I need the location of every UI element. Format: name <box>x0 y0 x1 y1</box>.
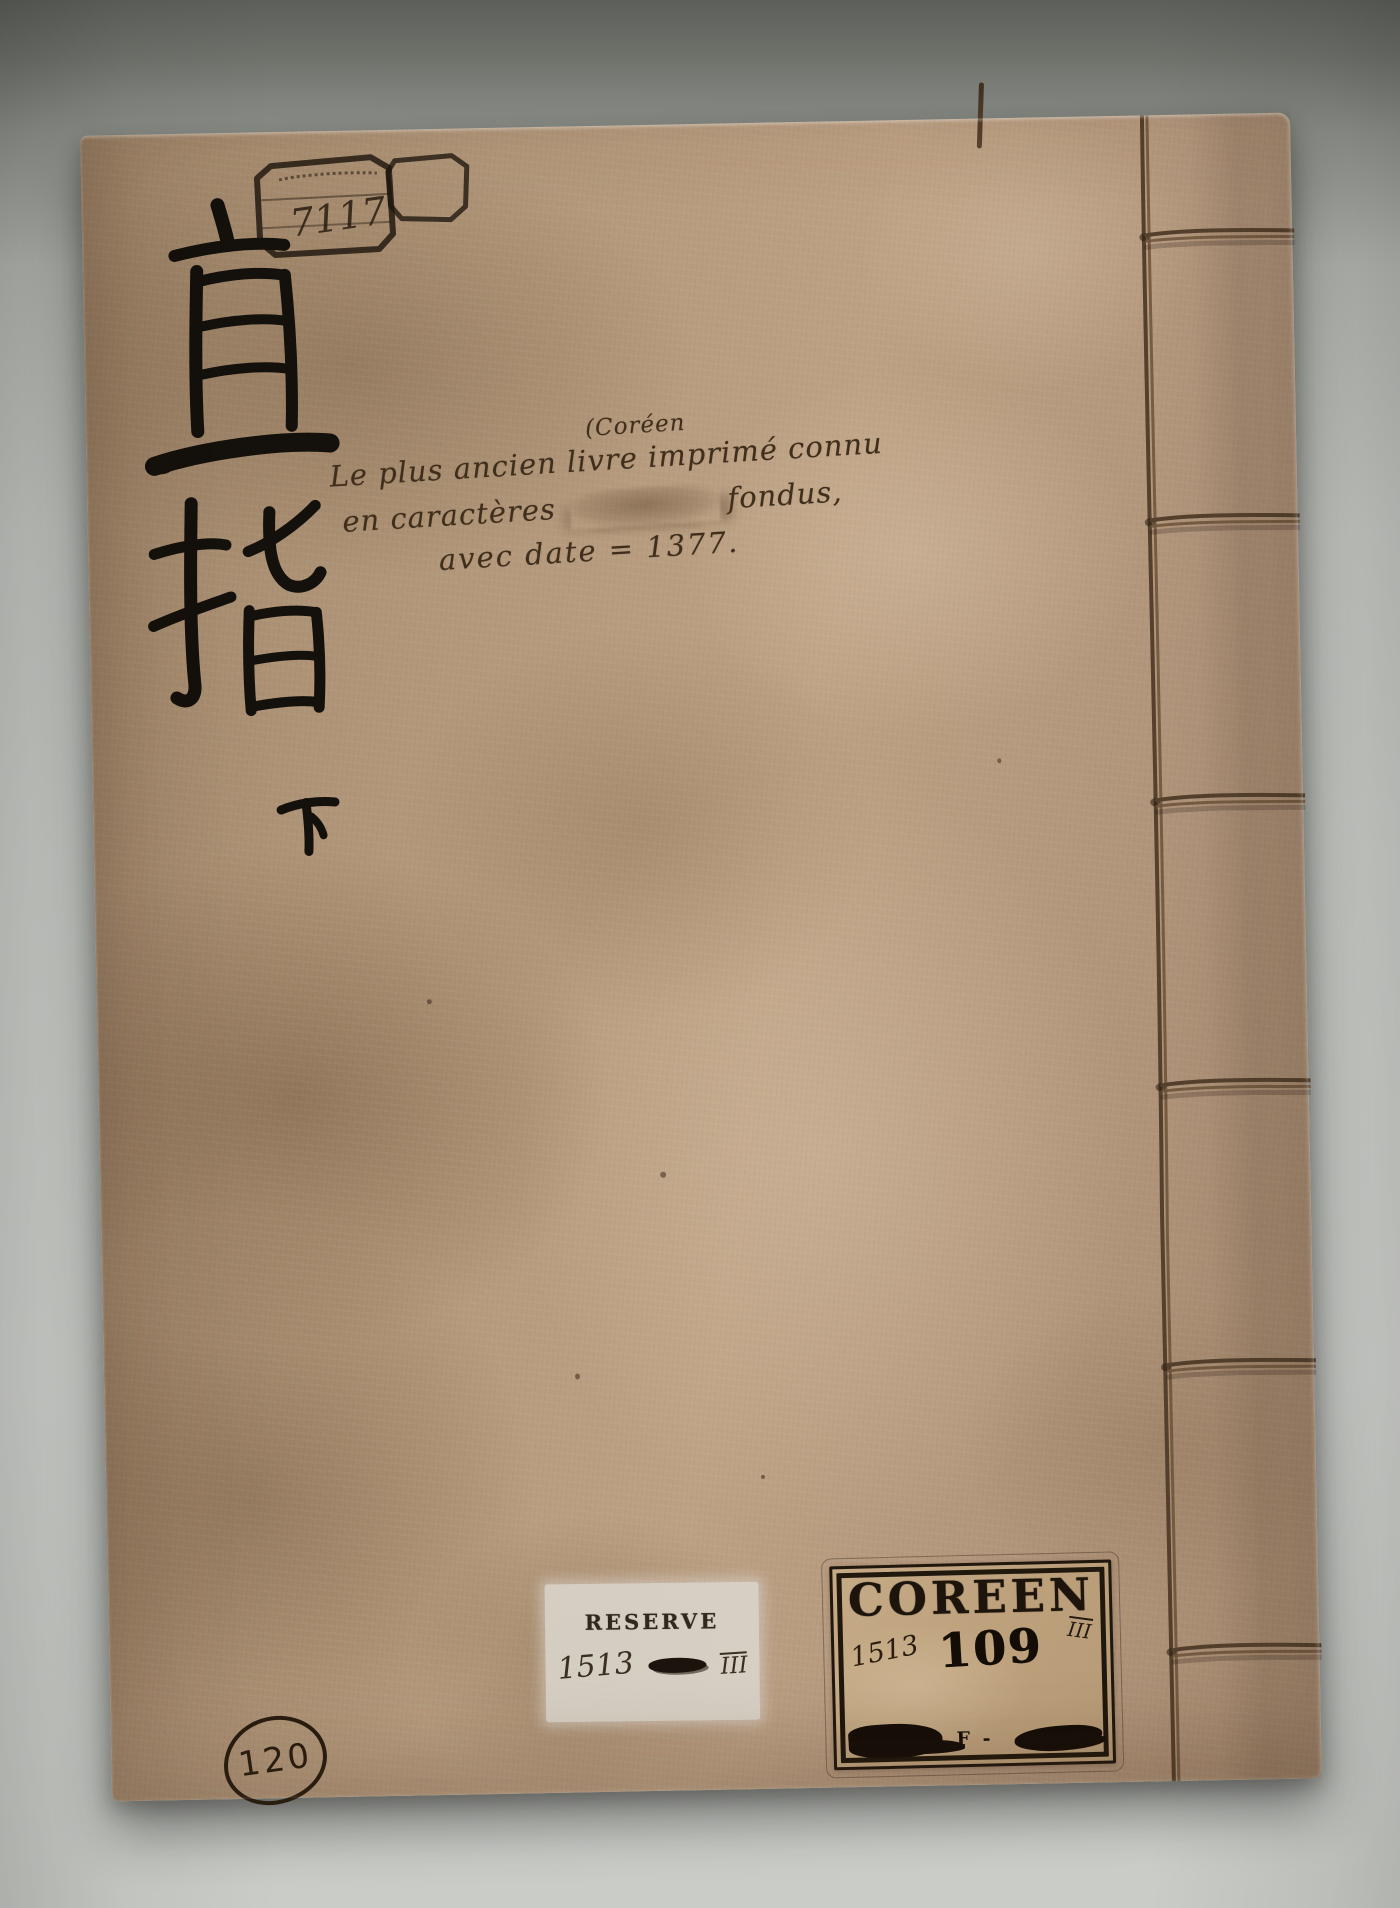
stitch-1 <box>1139 229 1294 248</box>
calligraphy-strokes <box>121 188 396 993</box>
inventory-number: 120 <box>236 1735 315 1785</box>
stitch-2 <box>1145 514 1300 533</box>
glyph-ji <box>151 501 323 712</box>
annotation-line1-part1: Le plus ancien livre <box>329 441 639 494</box>
stamp-octagon-small <box>388 155 468 221</box>
stitch-6 <box>1166 1644 1321 1663</box>
book-cover: 7117 直 指 下 <box>80 113 1322 1802</box>
coreen-number-row: 1513 109 III <box>834 1617 1112 1698</box>
coreen-number: 109 <box>937 1618 1044 1679</box>
coreen-roman-numeral: III <box>1067 1616 1094 1642</box>
binding-stitches <box>1120 113 1324 1782</box>
french-annotation: (Coréen Le plus ancien livre imprimé con… <box>327 399 935 583</box>
foxing-speck <box>997 758 1001 763</box>
vertical-thread-inner <box>1146 115 1180 1781</box>
foxing-speck <box>427 999 432 1004</box>
stitch-5 <box>1161 1359 1316 1378</box>
coreen-shelfmark-hand: 1513 <box>848 1630 921 1674</box>
erased-word-smudge <box>569 483 721 530</box>
annotation-line2-part2: fondus, <box>726 474 843 515</box>
reserve-shelfmark-row: 1513 III <box>545 1647 759 1685</box>
coreen-letter-mark: F - <box>956 1727 994 1750</box>
annotation-insert-coreen: (Coréen <box>584 410 686 442</box>
stitch-4 <box>1155 1079 1310 1098</box>
glyph-ha <box>281 801 336 852</box>
circled-inventory-number: 120 <box>218 1709 333 1811</box>
vertical-thread-outer <box>1141 115 1175 1781</box>
binding-thread-end <box>977 82 984 148</box>
glyph-jik <box>141 203 330 474</box>
coreen-label: COREEN 1513 109 III F - <box>829 1560 1116 1771</box>
reserve-roman-numeral: III <box>719 1651 748 1679</box>
scribbled-out-number <box>648 1656 707 1674</box>
annotation-line2-part1: en caractères <box>341 492 556 539</box>
reserve-label: RESERVE 1513 III <box>544 1582 760 1723</box>
reserve-shelfmark: 1513 <box>556 1646 635 1687</box>
stitch-3 <box>1150 794 1305 813</box>
photo-background: { "scene": { "subject": "Photograph of a… <box>0 0 1400 1908</box>
calligraphy-column: 直 指 下 <box>121 188 396 993</box>
foxing-speck <box>761 1475 765 1479</box>
foxing-speck <box>660 1172 666 1178</box>
stamp-microtext-squiggle <box>279 172 377 180</box>
foxing-speck <box>575 1373 580 1379</box>
reserve-title: RESERVE <box>545 1608 759 1636</box>
